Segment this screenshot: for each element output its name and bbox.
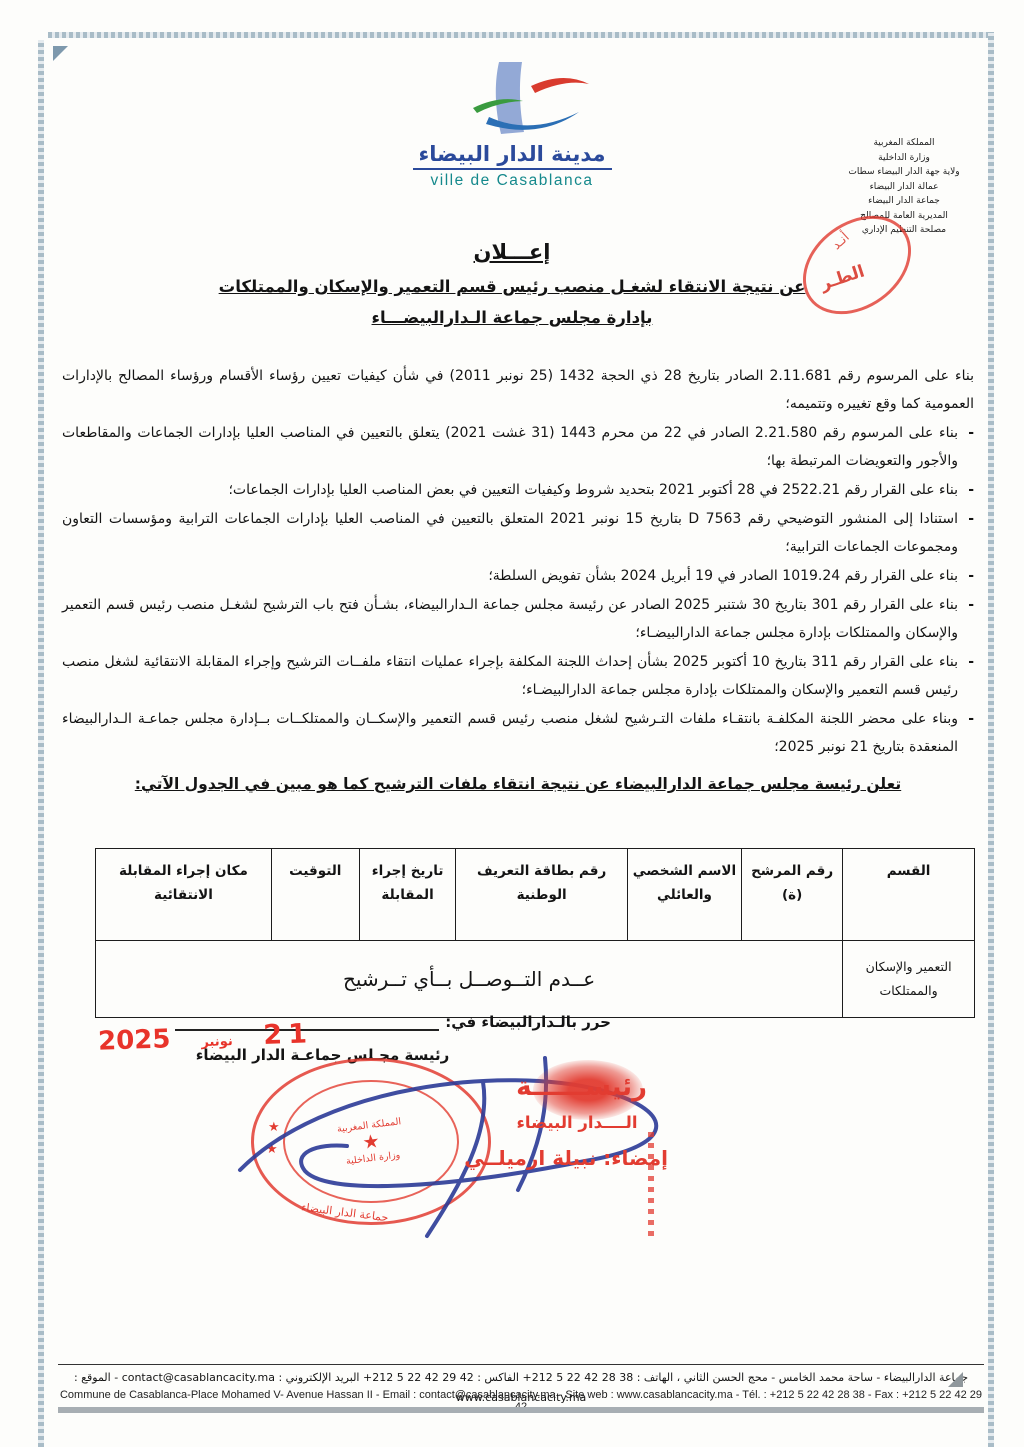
preamble-text: بناء على القرار رقم 311 بتاريخ 10 أكتوبر… xyxy=(62,648,958,704)
document-subtitle-1: عن نتيجة الانتقاء لشغـل منصب رئيس قسم ال… xyxy=(0,271,1024,302)
table-header-row: القسم رقم المرشح (ة) الاسم الشخصي والعائ… xyxy=(96,849,975,941)
preamble-text: بناء على القرار رقم 2522.21 في 28 أكتوبر… xyxy=(62,476,958,504)
cell-department: التعمير والإسكان والممتلكات xyxy=(843,941,975,1018)
written-at-label: حرر بالـدارالبيضاء في: xyxy=(439,1013,611,1031)
preamble-item: - بناء على المرسوم رقم 2.21.580 الصادر ف… xyxy=(62,419,974,475)
frame-border-top xyxy=(48,32,990,38)
casablanca-logo-icon xyxy=(427,60,597,138)
preamble-item: - استنادا إلى المنشور التوضيحي رقم D 756… xyxy=(62,505,974,561)
bullet-dash: - xyxy=(958,648,974,704)
preamble-item: - وبناء على محضر اللجنة المكلفـة بانتقـا… xyxy=(62,705,974,761)
letterhead-line: جماعة الدار البيضاء xyxy=(824,194,984,209)
letterhead-line: عمالة الدار البيضاء xyxy=(824,180,984,195)
preamble-item: - بناء على القرار رقم 311 بتاريخ 10 أكتو… xyxy=(62,648,974,704)
bullet-dash: - xyxy=(958,419,974,475)
preamble-item: بناء على المرسوم رقم 2.11.681 الصادر بتا… xyxy=(62,362,974,418)
header-interview-place: مكان إجراء المقابلة الانتقائية xyxy=(96,849,272,941)
scanned-announcement-document: مدينة الدار البيضاء ville de Casablanca … xyxy=(0,0,1024,1447)
document-title: إعـــلان xyxy=(0,240,1024,264)
preamble-text: وبناء على محضر اللجنة المكلفـة بانتقـاء … xyxy=(62,705,958,761)
announcement-line: تعلن رئيسة مجلس جماعة الدارالبيضاء عن نت… xyxy=(62,770,974,798)
bullet-dash: - xyxy=(958,705,974,761)
logo-title-arabic: مدينة الدار البيضاء xyxy=(413,142,612,170)
preamble-item: - بناء على القرار رقم 1019.24 الصادر في … xyxy=(62,562,974,590)
bullet-dash: - xyxy=(958,562,974,590)
cell-result: عــدم التــوصــل بــأي تــرشيح xyxy=(96,941,843,1018)
preamble-text: بناء على القرار رقم 301 بتاريخ 30 شتنبر … xyxy=(62,591,958,647)
table-row: التعمير والإسكان والممتلكات عــدم التــو… xyxy=(96,941,975,1018)
footer-divider xyxy=(58,1364,984,1365)
document-subtitle-2: بإدارة مجلس جماعة الـدارالبيضـــاء xyxy=(0,302,1024,333)
letterhead-line: ولاية جهة الدار البيضاء سطات xyxy=(824,165,984,180)
stamp-dotted-column xyxy=(648,1128,654,1236)
preamble-item: - بناء على القرار رقم 301 بتاريخ 30 شتنب… xyxy=(62,591,974,647)
preamble-section: بناء على المرسوم رقم 2.11.681 الصادر بتا… xyxy=(62,362,974,798)
presidency-stamp-line1: رئيســــــة xyxy=(452,1072,647,1102)
logo-title-french: ville de Casablanca xyxy=(392,172,632,190)
header-candidate-number: رقم المرشح (ة) xyxy=(742,849,843,941)
preamble-item: - بناء على القرار رقم 2522.21 في 28 أكتو… xyxy=(62,476,974,504)
bullet-dash: - xyxy=(958,505,974,561)
preamble-text: استنادا إلى المنشور التوضيحي رقم D 7563 … xyxy=(62,505,958,561)
header-full-name: الاسم الشخصي والعائلي xyxy=(627,849,741,941)
header-department: القسم xyxy=(843,849,975,941)
city-logo: مدينة الدار البيضاء ville de Casablanca xyxy=(392,60,632,190)
bullet-dash: - xyxy=(958,591,974,647)
presidency-stamp-line2: الــــدار البيضاء xyxy=(502,1113,652,1132)
document-title-block: إعـــلان عن نتيجة الانتقاء لشغـل منصب رئ… xyxy=(0,240,1024,333)
selection-result-table: القسم رقم المرشح (ة) الاسم الشخصي والعائ… xyxy=(95,848,975,1018)
letterhead-line: المملكة المغربية xyxy=(824,136,984,151)
preamble-text: بناء على القرار رقم 1019.24 الصادر في 19… xyxy=(62,562,958,590)
preamble-text: بناء على المرسوم رقم 2.11.681 الصادر بتا… xyxy=(62,362,974,418)
letterhead-line: وزارة الداخلية xyxy=(824,151,984,166)
footer-gray-bar xyxy=(58,1407,984,1413)
bullet-dash: - xyxy=(958,476,974,504)
header-interview-date: تاريخ إجراء المقابلة xyxy=(359,849,456,941)
date-stamp-year: 2025 xyxy=(98,1024,171,1057)
header-time: التوقيت xyxy=(271,849,359,941)
frame-corner-triangle xyxy=(53,46,68,61)
preamble-text: بناء على المرسوم رقم 2.21.580 الصادر في … xyxy=(62,419,958,475)
header-national-id: رقم بطاقة التعريف الوطنية xyxy=(456,849,627,941)
stamp-signature-caption: إمضاء: نبيلة ارميلــي xyxy=(406,1146,668,1170)
